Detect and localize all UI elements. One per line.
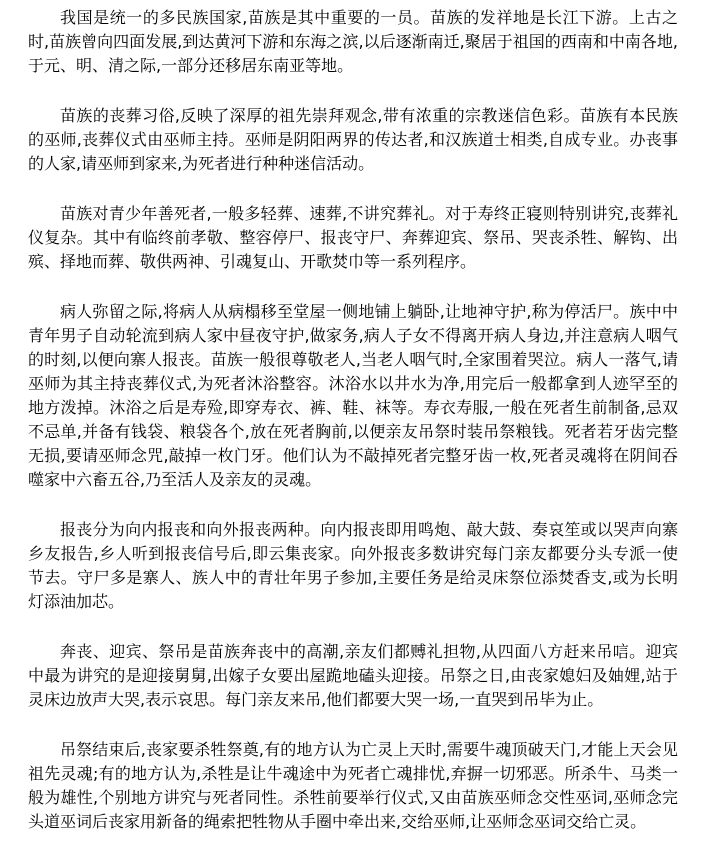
paragraph-sacrifice-ritual: 吊祭结束后,丧家要杀牲祭奠,有的地方认为亡灵上天时,需要牛魂顶破天门,才能上天会… bbox=[28, 738, 678, 834]
paragraph-intro: 我国是统一的多民族国家,苗族是其中重要的一员。苗族的发祥地是长江下游。上古之时,… bbox=[28, 6, 678, 78]
paragraph-dying-and-preparation: 病人弥留之际,将病人从病榻移至堂屋一侧地铺上躺卧,让地神守护,称为停活尸。族中中… bbox=[28, 300, 678, 492]
paragraph-funeral-rituals-list: 苗族对青少年善死者,一般多轻葬、速葬,不讲究葬礼。对于寿终正寝则特别讲究,丧葬礼… bbox=[28, 202, 678, 274]
document-body: 我国是统一的多民族国家,苗族是其中重要的一员。苗族的发祥地是长江下游。上古之时,… bbox=[0, 0, 706, 834]
paragraph-funeral-customs-overview: 苗族的丧葬习俗,反映了深厚的祖先崇拜观念,带有浓重的宗教迷信色彩。苗族有本民族的… bbox=[28, 104, 678, 176]
paragraph-death-notification: 报丧分为向内报丧和向外报丧两种。向内报丧即用鸣炮、敲大鼓、奏哀笙或以哭声向寨乡友… bbox=[28, 518, 678, 614]
paragraph-mourning-and-guests: 奔丧、迎宾、祭吊是苗族奔丧中的高潮,亲友们都赙礼担物,从四面八方赶来吊唁。迎宾中… bbox=[28, 640, 678, 712]
